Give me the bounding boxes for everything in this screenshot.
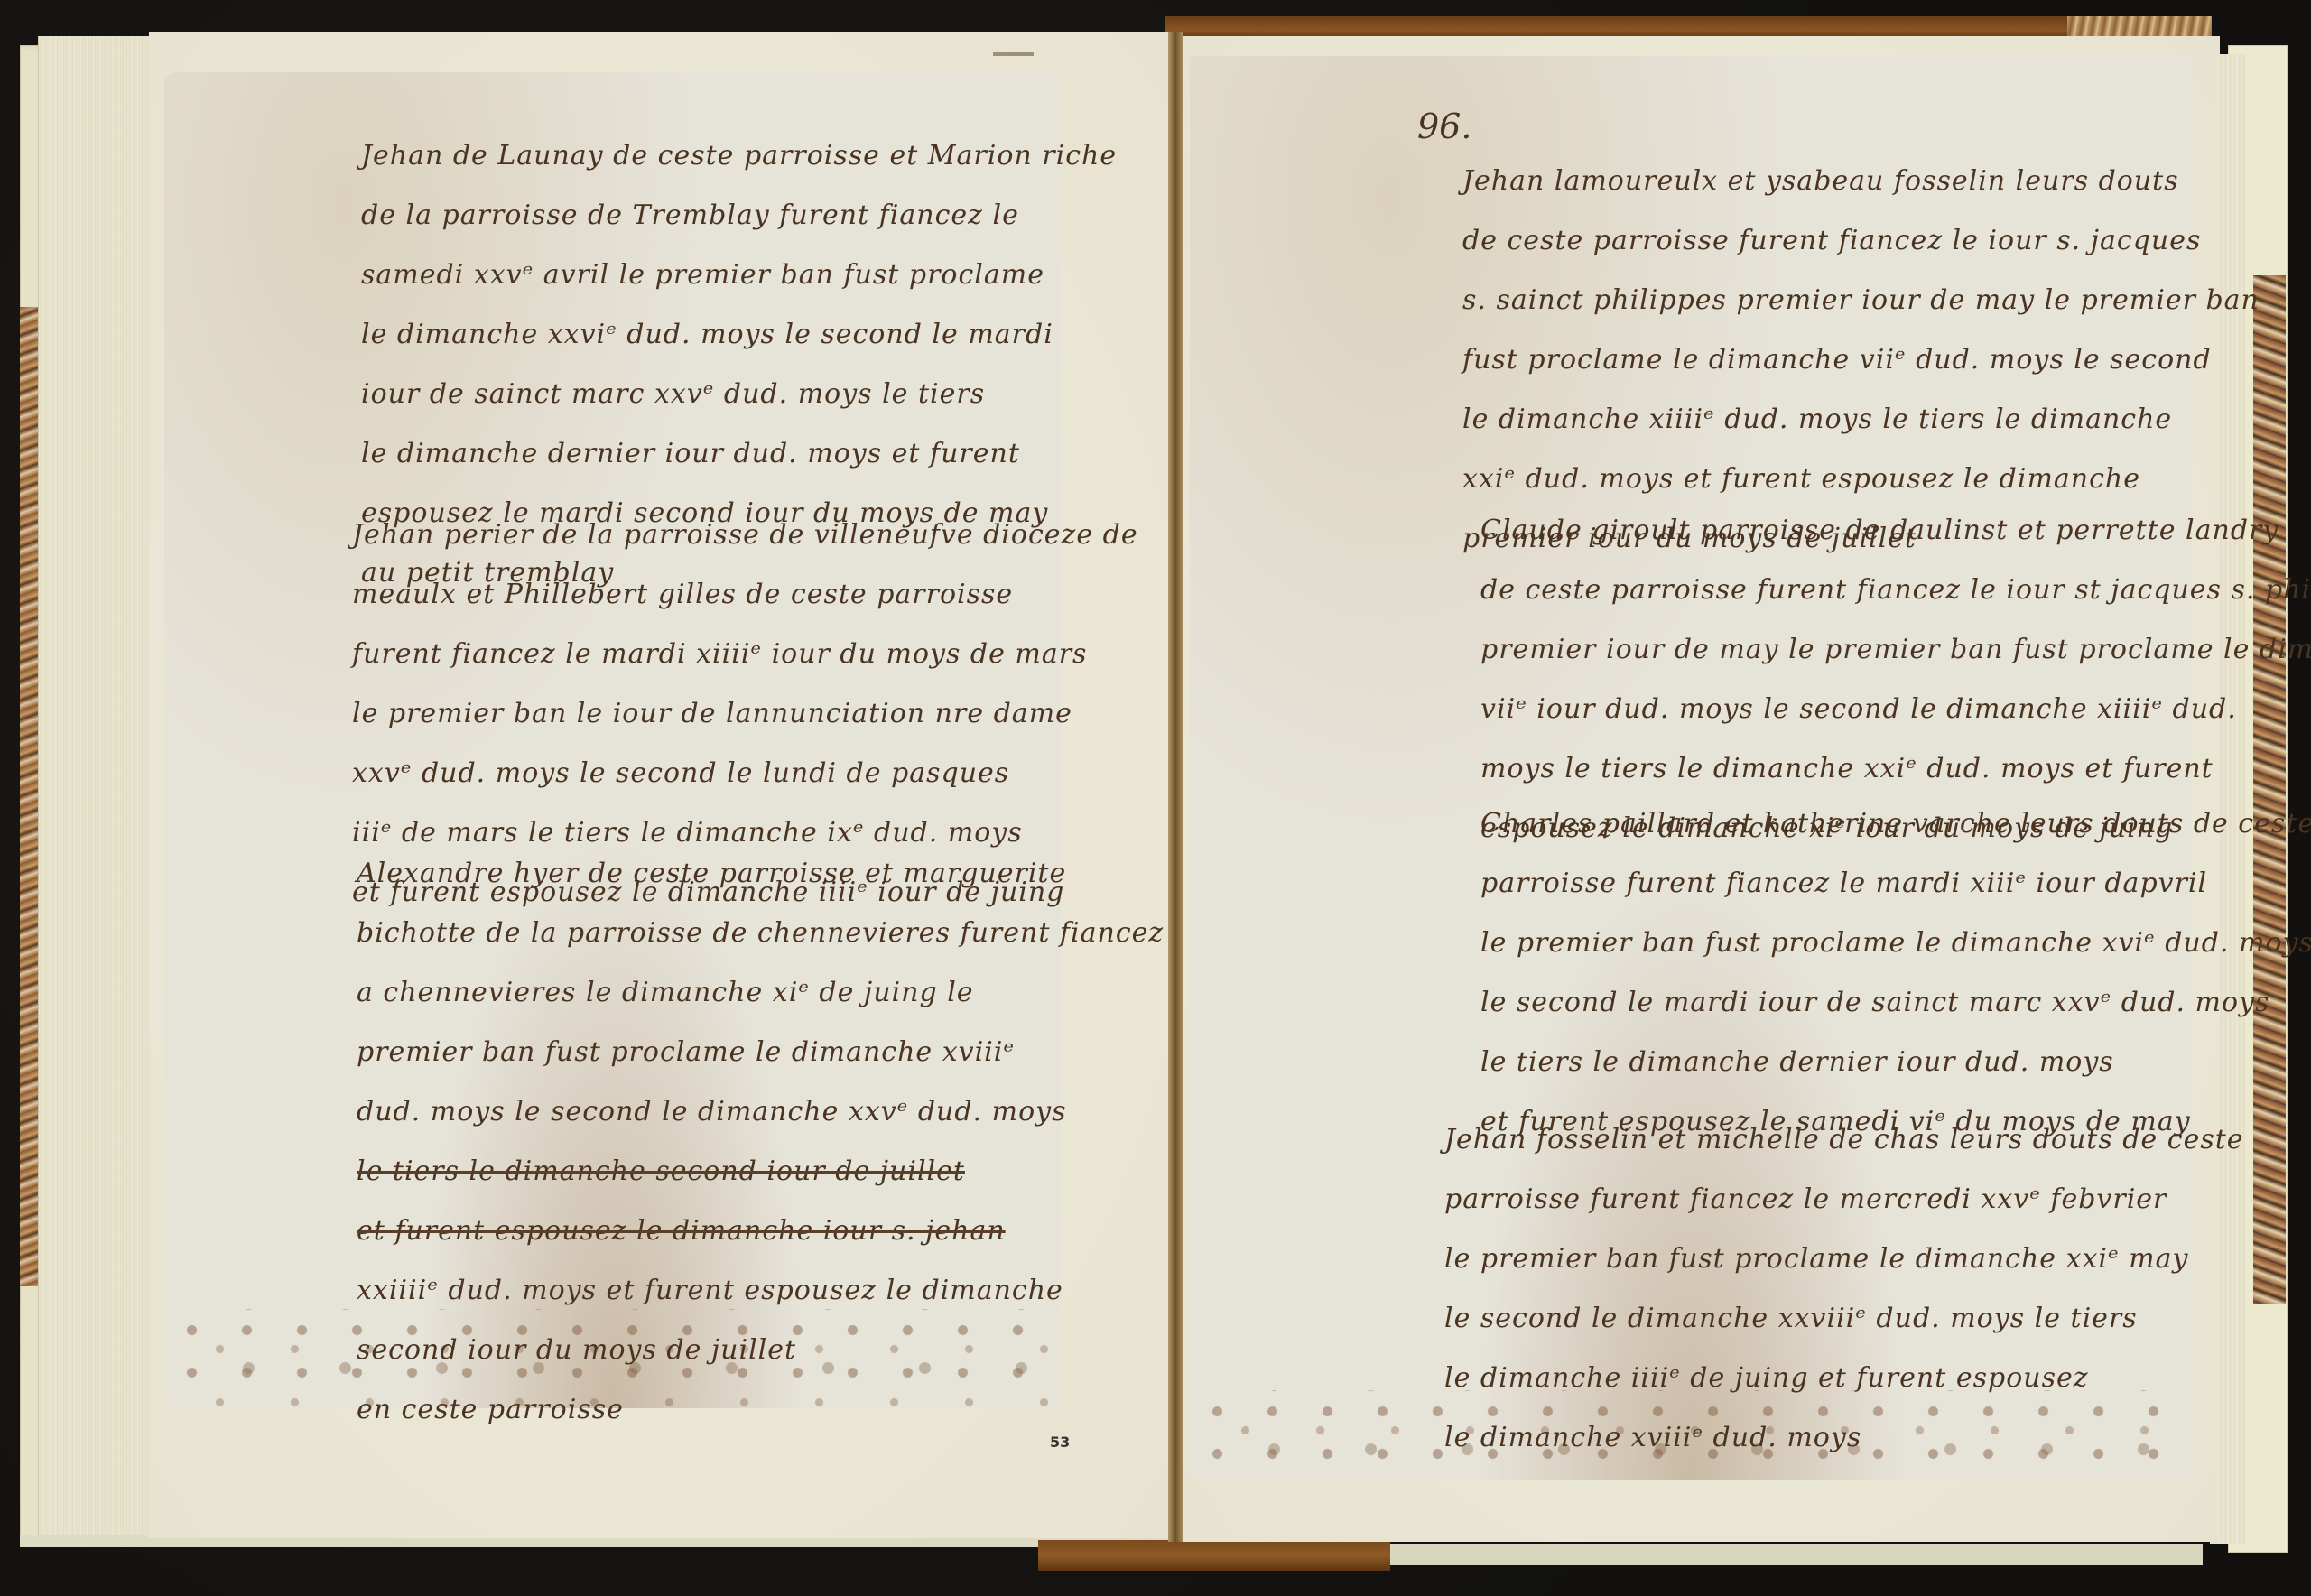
banns-entry: Charles paillard et katherine varche leu… (1480, 794, 2311, 1152)
struck-entry-line: le tiers le dimanche second iour de juil… (357, 1142, 1164, 1202)
entry-line: s. sainct philippes premier iour de may … (1462, 271, 2260, 330)
entry-line: le dimanche dernier iour dud. moys et fu… (361, 424, 1117, 484)
entry-line: le dimanche iiiiᵉ de juing et furent esp… (1444, 1349, 2244, 1408)
spine-gutter (1168, 32, 1183, 1542)
bottom-board-strip (1390, 1544, 2203, 1565)
entry-line: Alexandre hyer de ceste parroisse et mar… (357, 844, 1164, 904)
entry-line: le dimanche xiiiiᵉ dud. moys le tiers le… (1462, 390, 2260, 450)
entry-line: de ceste parroisse furent fiancez le iou… (1480, 561, 2311, 620)
entry-line: premier iour de may le premier ban fust … (1480, 620, 2311, 680)
folio-number: 96. (1417, 107, 1471, 146)
entry-line: de la parroisse de Tremblay furent fianc… (361, 186, 1117, 246)
entry-line: en ceste parroisse (357, 1380, 1164, 1440)
entry-line: fust proclame le dimanche viiᵉ dud. moys… (1462, 330, 2260, 390)
left-page-stack (38, 36, 152, 1539)
bottom-leather-cover (1038, 1540, 1390, 1571)
entry-line: le second le dimanche xxviiiᵉ dud. moys … (1444, 1289, 2244, 1349)
entry-line: viiᵉ iour dud. moys le second le dimanch… (1480, 680, 2311, 739)
entry-line: premier ban fust proclame le dimanche xv… (357, 1023, 1164, 1082)
entry-line: a chennevieres le dimanche xiᵉ de juing … (357, 963, 1164, 1023)
entry-line: le tiers le dimanche dernier iour dud. m… (1480, 1033, 2311, 1092)
struck-entry-line: et furent espousez le dimanche iour s. j… (357, 1202, 1164, 1261)
entry-line: parroisse furent fiancez le mardi xiiiᵉ … (1480, 854, 2311, 914)
entry-line: second iour du moys de juillet (357, 1321, 1164, 1380)
entry-line: meaulx et Phillebert gilles de ceste par… (352, 565, 1138, 625)
entry-line: furent fiancez le mardi xiiiiᵉ iour du m… (352, 625, 1138, 684)
entry-line: le premier ban le iour de lannunciation … (352, 684, 1138, 744)
entry-line: Jehan perier de la parroisse de villeneu… (352, 506, 1138, 565)
corner-mark (993, 52, 1034, 56)
entry-line: le dimanche xxviᵉ dud. moys le second le… (361, 305, 1117, 365)
entry-line: de ceste parroisse furent fiancez le iou… (1462, 211, 2260, 271)
entry-line: Jehan fosselin et michelle de chas leurs… (1444, 1110, 2244, 1170)
banns-entry: Alexandre hyer de ceste parroisse et mar… (357, 844, 1164, 1440)
entry-line: iour de sainct marc xxvᵉ dud. moys le ti… (361, 365, 1117, 424)
entry-line: bichotte de la parroisse de chennevieres… (357, 904, 1164, 963)
entry-line: dud. moys le second le dimanche xxvᵉ dud… (357, 1082, 1164, 1142)
entry-line: parroisse furent fiancez le mercredi xxv… (1444, 1170, 2244, 1229)
entry-line: Charles paillard et katherine varche leu… (1480, 794, 2311, 854)
banns-entry: Jehan fosselin et michelle de chas leurs… (1444, 1110, 2244, 1468)
entry-line: xxiiiiᵉ dud. moys et furent espousez le … (357, 1261, 1164, 1321)
entry-line: Jehan lamoureulx et ysabeau fosselin leu… (1462, 152, 2260, 211)
entry-line: xxvᵉ dud. moys le second le lundi de pas… (352, 744, 1138, 803)
entry-line: le premier ban fust proclame le dimanche… (1480, 914, 2311, 973)
left-marbled-edge (20, 307, 40, 1286)
entry-line: le premier ban fust proclame le dimanche… (1444, 1229, 2244, 1289)
entry-line: Jehan de Launay de ceste parroisse et Ma… (361, 126, 1117, 186)
entry-line: le dimanche xviiiᵉ dud. moys (1444, 1408, 2244, 1468)
entry-line: Claude giroult parroisse de daulinst et … (1480, 501, 2311, 561)
entry-line: samedi xxvᵉ avril le premier ban fust pr… (361, 246, 1117, 305)
entry-line: moys le tiers le dimanche xxiᵉ dud. moys… (1480, 739, 2311, 799)
entry-line: le second le mardi iour de sainct marc x… (1480, 973, 2311, 1033)
